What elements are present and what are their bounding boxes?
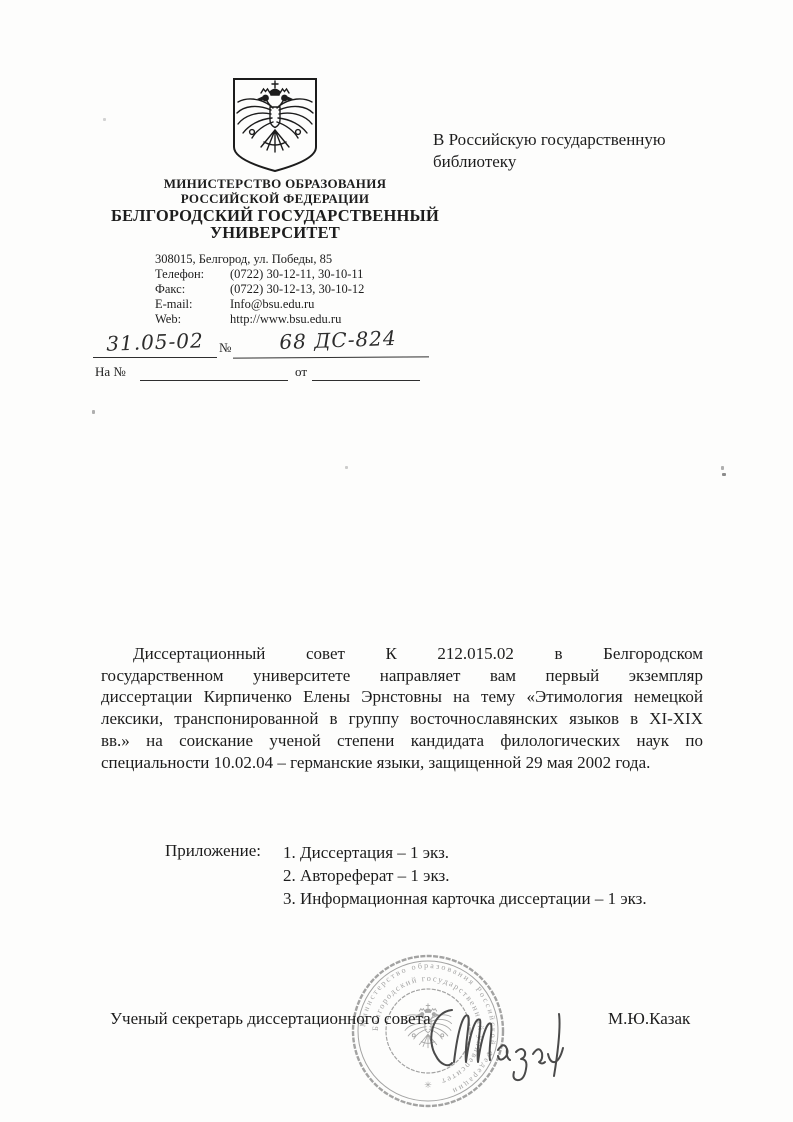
handwritten-outgoing-date: 31.05-02 [95, 328, 216, 356]
contact-block: 308015, Белгород, ул. Победы, 85 Телефон… [155, 252, 455, 327]
scan-speck [722, 473, 726, 476]
contact-row-phone: Телефон:(0722) 30-12-11, 30-10-11 [155, 267, 455, 282]
signatory-name: М.Ю.Казак [608, 1009, 690, 1029]
university-name: БЕЛГОРОДСКИЙ ГОСУДАРСТВЕННЫЙ УНИВЕРСИТЕТ [103, 208, 447, 241]
university-line-2: УНИВЕРСИТЕТ [103, 225, 447, 242]
scanned-letter-page: МИНИСТЕРСТВО ОБРАЗОВАНИЯ РОССИЙСКОЙ ФЕДЕ… [0, 0, 793, 1122]
attachment-item: 1. Диссертация – 1 экз. [283, 841, 713, 864]
double-headed-eagle-icon [237, 81, 313, 152]
ministry-name: МИНИСТЕРСТВО ОБРАЗОВАНИЯ РОССИЙСКОЙ ФЕДЕ… [103, 177, 447, 206]
reply-date-blank-line [312, 380, 420, 381]
scan-speck [721, 466, 724, 470]
body-line: государственном университете направляет … [101, 665, 703, 687]
email-label: E-mail: [155, 297, 230, 312]
letter-body: Диссертационный совет К 212.015.02 в Бел… [101, 643, 703, 773]
reply-from-label: от [295, 364, 307, 380]
phone-value: (0722) 30-12-11, 30-10-11 [230, 267, 363, 281]
attachment-item: 3. Информационная карточка диссертации –… [283, 887, 713, 910]
attachment-item: 2. Автореферат – 1 экз. [283, 864, 713, 887]
reply-number-label: На № [95, 364, 126, 380]
signatory-title: Ученый секретарь диссертационного совета [110, 1009, 431, 1029]
web-value: http://www.bsu.edu.ru [230, 312, 341, 326]
web-label: Web: [155, 312, 230, 327]
number-sign-label: № [219, 340, 231, 356]
scan-speck [92, 410, 95, 414]
coat-of-arms-emblem [227, 75, 323, 175]
handwritten-outgoing-number: 68 ДС-824 [243, 325, 434, 356]
contact-row-fax: Факс:(0722) 30-12-13, 30-10-12 [155, 282, 455, 297]
fax-label: Факс: [155, 282, 230, 297]
date-underline [93, 357, 217, 358]
ministry-line-1: МИНИСТЕРСТВО ОБРАЗОВАНИЯ [103, 177, 447, 192]
addressee-block: В Российскую государственную библиотеку [433, 129, 733, 173]
addressee-line-1: В Российскую государственную [433, 129, 733, 151]
scan-speck [103, 118, 106, 121]
attachments-list: 1. Диссертация – 1 экз. 2. Автореферат –… [283, 841, 713, 910]
body-line: вв.» на соискание ученой степени кандида… [101, 730, 703, 752]
email-value: Info@bsu.edu.ru [230, 297, 314, 311]
body-line: диссертации Кирпиченко Елены Эрнстовны н… [101, 686, 703, 708]
fax-value: (0722) 30-12-13, 30-10-12 [230, 282, 364, 296]
reply-number-blank-line [140, 380, 288, 381]
contact-row-email: E-mail:Info@bsu.edu.ru [155, 297, 455, 312]
scan-speck [345, 466, 348, 469]
body-line: Диссертационный совет К 212.015.02 в Бел… [101, 643, 703, 665]
handwritten-signature [418, 998, 588, 1098]
attachments-label: Приложение: [165, 841, 261, 861]
body-line: лексики, транспонированной в группу вост… [101, 708, 703, 730]
phone-label: Телефон: [155, 267, 230, 282]
ministry-line-2: РОССИЙСКОЙ ФЕДЕРАЦИИ [103, 192, 447, 207]
body-line: специальности 10.02.04 – германские язык… [101, 752, 703, 774]
postal-address: 308015, Белгород, ул. Победы, 85 [155, 252, 455, 267]
addressee-line-2: библиотеку [433, 151, 733, 173]
number-underline [233, 356, 429, 358]
